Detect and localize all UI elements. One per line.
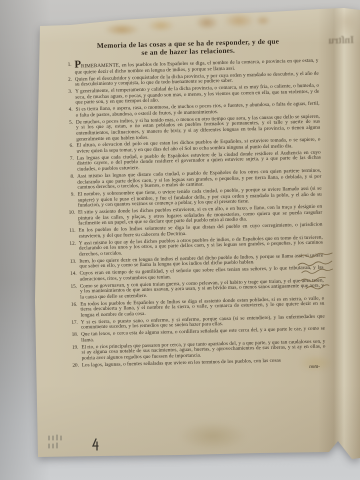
memoria-item: 11. En los pueblos de los Indios solamen… <box>79 223 323 240</box>
foxing-stain <box>255 15 271 26</box>
item-text: Y si es tierra, o puesto sano, o enfermo… <box>81 314 325 331</box>
item-number: 2. <box>60 77 72 83</box>
item-number: 4. <box>61 108 73 114</box>
memoria-item: 9. El nombre, y sobrenombre que tiene, o… <box>78 187 322 210</box>
item-text: PRIMERAMENTE, en los pueblos de los Espa… <box>74 57 318 76</box>
item-text: En todos los pueblos de Españoles y de I… <box>80 296 324 319</box>
memoria-item: 4. Si es tierra llana, o aspera, rasa, o… <box>76 102 320 119</box>
bottom-stain <box>180 422 246 450</box>
memoria-item: 2. Quien fue el descubridor y conquistad… <box>75 71 319 88</box>
item-number: 16. <box>65 302 77 308</box>
item-text: Como se governavan, y con quien traian g… <box>80 278 324 301</box>
item-text: Cuyos eran en tiempo de su gentilidad, y… <box>80 266 324 283</box>
item-number: 5. <box>61 120 73 126</box>
corner-smudge <box>333 6 359 36</box>
item-text: Y generalmente, el temperamento y calida… <box>75 84 319 107</box>
memoria-item: 14. Cuyos eran en tiempo de su gentilida… <box>80 266 324 283</box>
item-number: 20. <box>67 363 79 369</box>
memoria-item: 5. De muchos, o pocos indios, y si ha te… <box>76 114 320 143</box>
ink-mark <box>91 438 101 457</box>
item-text: De muchos, o pocos indios, y si ha tenid… <box>76 114 320 143</box>
memoria-item: 15. Como se governavan, y con quien trai… <box>80 278 324 301</box>
item-text: El sitio y assiento donde los dichos pue… <box>78 205 322 228</box>
foxing-stain <box>195 15 219 30</box>
text-block: Memoria de las cosas a que se ha de resp… <box>58 38 326 377</box>
foxing-stain <box>223 13 255 28</box>
memoria-items: 1. PRIMERAMENTE, en los pueblos de los E… <box>58 57 325 369</box>
pencil-shelfmark <box>46 433 80 456</box>
item-number: 3. <box>60 90 72 96</box>
foxing-stain <box>104 23 140 36</box>
item-text: Item, lo que quiere dezir en lengua de i… <box>79 253 323 270</box>
item-number: 11. <box>64 229 76 235</box>
item-text: En los pueblos de los Indios solamente s… <box>79 223 323 240</box>
item-text: El altura, o elevacion del polo en que e… <box>76 138 320 155</box>
memoria-item: 16. En todos los pueblos de Españoles y … <box>80 296 324 319</box>
memoria-item: 20. Los lagos, lagunas, o fuentes señala… <box>82 357 326 369</box>
foxing-stain <box>147 19 175 32</box>
item-text: El nombre, y sobrenombre que tiene, o uv… <box>78 187 322 210</box>
item-text: Las leguas que cada ciudad, o pueblo de … <box>77 150 321 173</box>
item-number: 17. <box>66 320 78 326</box>
verso-show-through-text: Inſtru <box>280 35 354 48</box>
memoria-item: 19. El rio, o rios principales que passa… <box>81 339 325 362</box>
item-number: 8. <box>62 174 74 180</box>
item-number: 12. <box>64 241 76 247</box>
document-page: Inſtru Memoria de las cosas a que se ha … <box>0 0 360 480</box>
item-number: 14. <box>65 272 77 278</box>
item-number: 10. <box>63 211 75 217</box>
item-number: 18. <box>66 333 78 339</box>
catchword: nota- <box>66 364 326 376</box>
margin-smudge <box>298 354 334 372</box>
item-number: 7. <box>62 156 74 162</box>
memoria-item: 6. El altura, o elevacion del polo en qu… <box>76 138 320 155</box>
page-gutter-crease <box>318 0 360 480</box>
memoria-item: 10. El sitio y assiento donde los dichos… <box>78 205 322 228</box>
item-text: Y assi mismo lo que ay de los dichos pue… <box>79 235 323 258</box>
memoria-item: 12. Y assi mismo lo que ay de los dichos… <box>79 235 323 258</box>
memoria-item: 17. Y si es tierra, o puesto sano, o enf… <box>81 314 325 331</box>
memoria-item: 18. Que tan lexos, o cerca esta de algun… <box>81 327 325 344</box>
memoria-item: 3. Y generalmente, el temperamento y cal… <box>75 84 319 107</box>
item-number: 15. <box>65 284 77 290</box>
item-text: Que tan lexos, o cerca esta de alguna si… <box>81 327 325 344</box>
memoria-item: 8. Assi mismo las leguas que distare cad… <box>77 168 321 191</box>
item-text: Quien fue el descubridor y conquistador … <box>75 71 319 88</box>
item-number: 19. <box>66 345 78 351</box>
item-text: Assi mismo las leguas que distare cada c… <box>77 168 321 191</box>
item-number: 6. <box>61 144 73 150</box>
item-number: 1. <box>59 63 71 69</box>
item-number: 9. <box>63 193 75 199</box>
item-text: El rio, o rios principales que passaren … <box>81 339 325 362</box>
memoria-item: 7. Las leguas que cada ciudad, o pueblo … <box>77 150 321 173</box>
memoria-item: 13. Item, lo que quiere dezir en lengua … <box>79 253 323 270</box>
memoria-item: 1. PRIMERAMENTE, en los pueblos de los E… <box>74 57 318 76</box>
item-number: 13. <box>64 259 76 265</box>
photographed-document: Inſtru Memoria de las cosas a que se ha … <box>0 0 360 480</box>
handwritten-marginal-note <box>295 247 349 302</box>
item-text: Los lagos, lagunas, o fuentes señaladas … <box>82 357 326 369</box>
item-text: Si es tierra llana, o aspera, rasa, o mo… <box>76 102 320 119</box>
